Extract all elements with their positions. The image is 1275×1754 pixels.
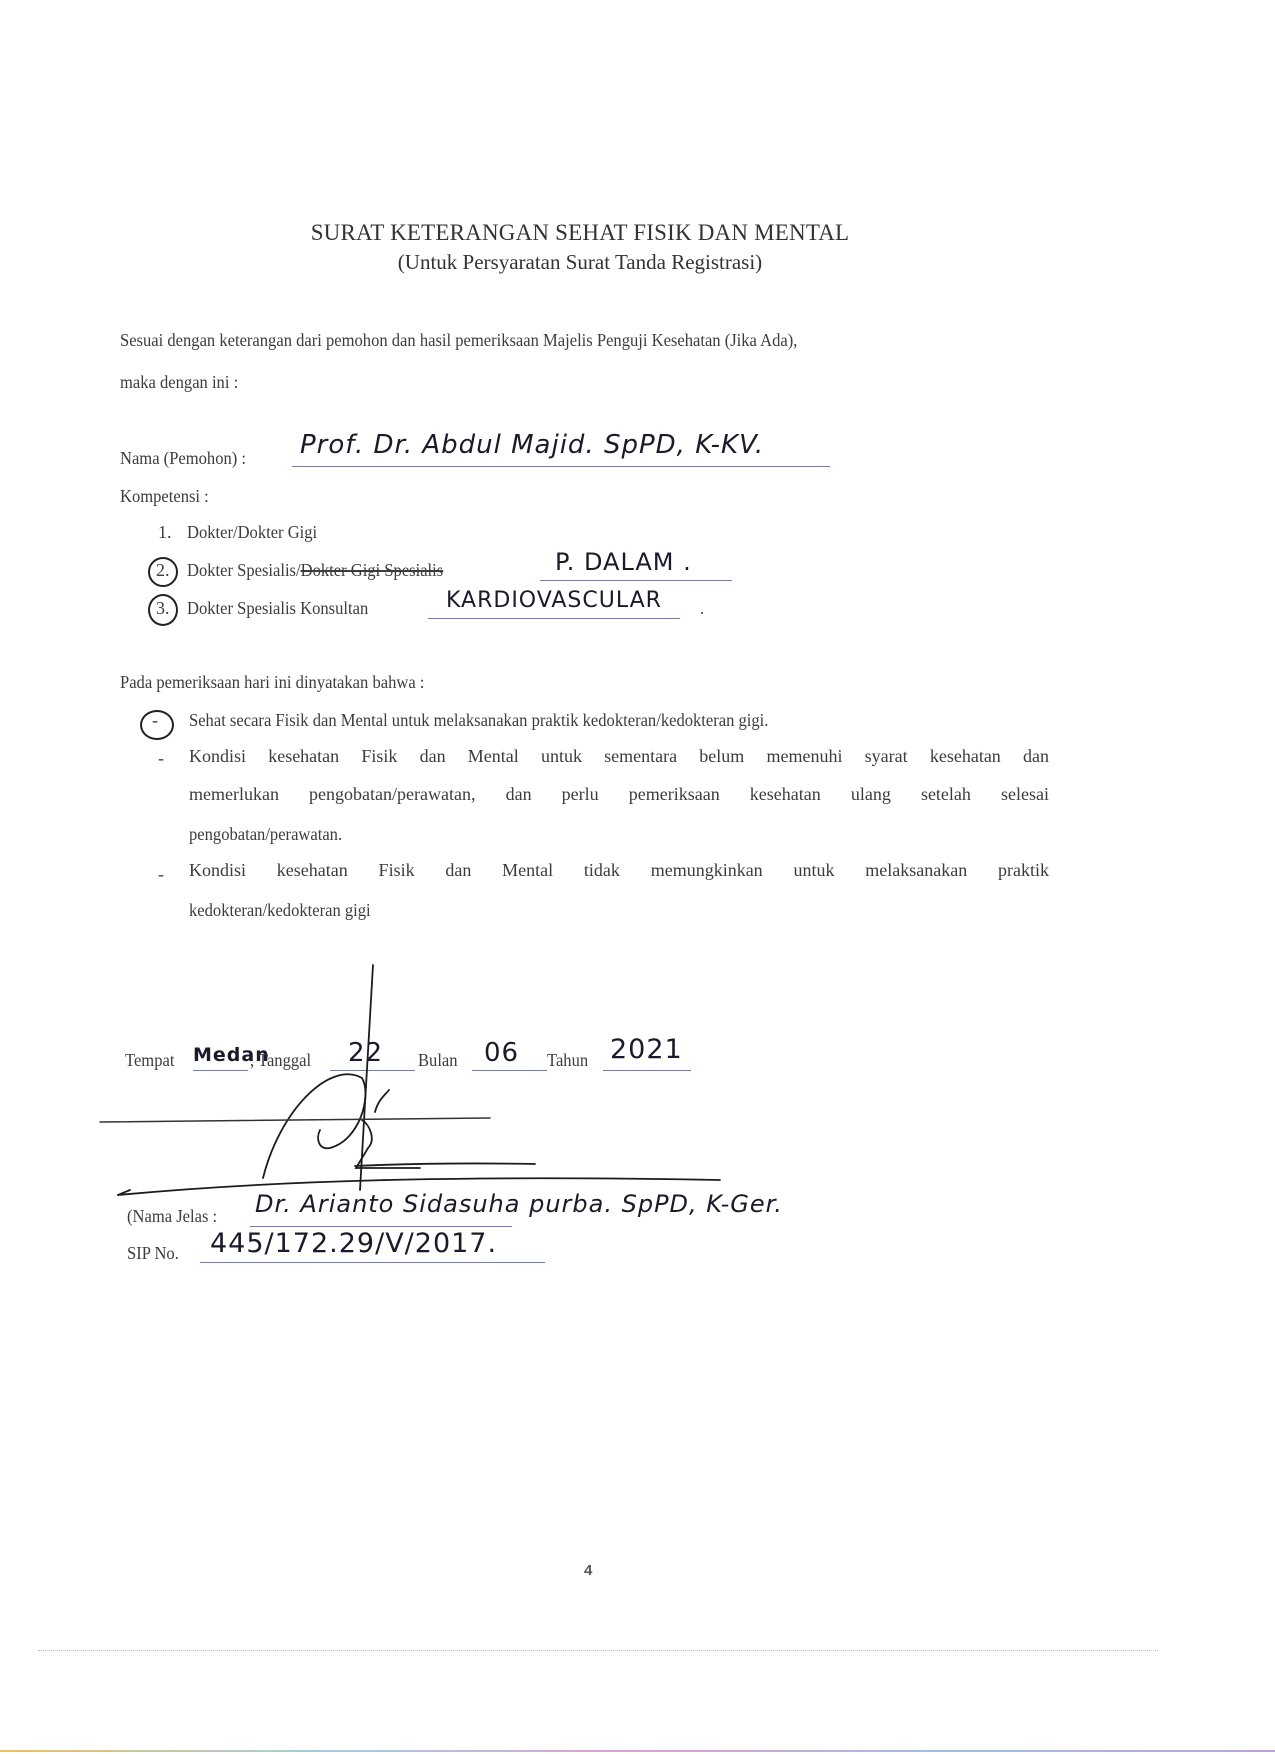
scan-artifact-line	[38, 1650, 1158, 1651]
signature-graphic	[0, 0, 1275, 1754]
scan-edge-artifact	[0, 1750, 1275, 1752]
page-number: 4	[584, 1562, 592, 1579]
sip-label: SIP No.	[127, 1243, 179, 1264]
sip-number-handwritten[interactable]: 445/172.29/V/2017.	[210, 1228, 497, 1259]
signatory-name-underline	[250, 1226, 512, 1227]
signatory-name-label: (Nama Jelas :	[127, 1206, 217, 1227]
sip-underline	[200, 1262, 545, 1263]
signatory-name-handwritten[interactable]: Dr. Arianto Sidasuha purba. SpPD, K-Ger.	[255, 1190, 783, 1218]
